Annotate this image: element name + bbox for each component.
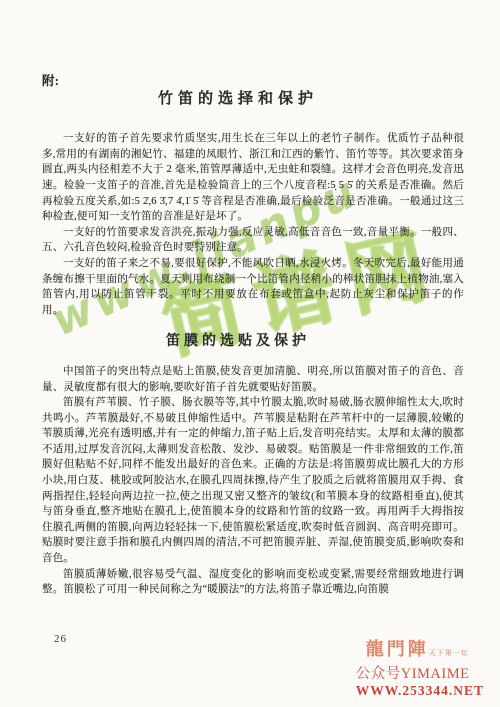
paragraph: 笛膜有芦苇膜、竹子膜、肠衣膜等等,其中竹膜太脆,吹时易破,肠衣膜伸缩性太大,吹时… (42, 395, 464, 567)
paragraph: 中国笛子的突出特点是贴上笛膜,使发音更加清脆、明亮,所以笛膜对笛子的音色、音量、… (42, 364, 464, 395)
paragraph: 一支好的笛子首先要求竹质坚实,用生长在三年以上的老竹子制作。优质竹子品种很多,常… (42, 131, 464, 225)
brand-row: 龍門陣天下第一坛 (366, 635, 484, 661)
paragraph: 一支好的笛子来之不易,要很好保护,不能风吹日晒,水浸火烤。冬天吹完后,最好能用通… (42, 256, 464, 318)
section2-title: 笛膜的选贴及保护 (42, 334, 434, 350)
brand-name: 龍門陣 (366, 639, 429, 659)
section1-title: 竹笛的选择和保护 (42, 92, 434, 108)
paragraph: 一支好的竹笛要求发音洪亮,振动力强,反应灵敏,高低音音色一致,音量平衡。一般四、… (42, 225, 464, 256)
page-number: 26 (54, 633, 67, 645)
brand-subtitle: 天下第一坛 (429, 649, 469, 657)
paragraph: 笛膜质薄娇嫩,很容易受气温、湿度变化的影响而变松或变紧,需要经常细致地进行调整。… (42, 567, 464, 598)
bottom-right-watermark: 龍門陣天下第一坛 公众号YIMAIME WWW.253344.NET (356, 635, 484, 699)
url-watermark: WWW.253344.NET (356, 683, 484, 699)
appendix-label: 附: (42, 74, 464, 90)
page-content: 附: 竹笛的选择和保护 一支好的笛子首先要求竹质坚实,用生长在三年以上的老竹子制… (42, 74, 464, 598)
scanned-book-page: 简谱网 www.jianpu 附: 竹笛的选择和保护 一支好的笛子首先要求竹质坚… (0, 0, 500, 707)
account-watermark: 公众号YIMAIME (356, 662, 484, 683)
